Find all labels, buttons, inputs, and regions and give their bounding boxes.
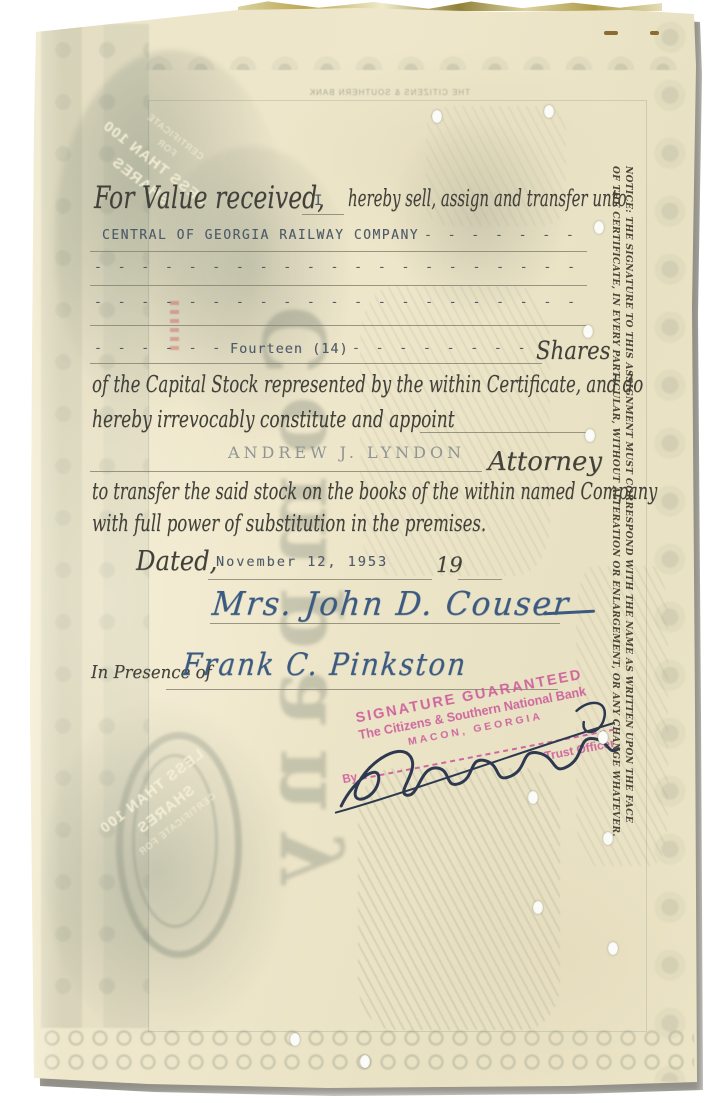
rule-blank-2: [90, 325, 587, 326]
ghost-corner-vignette-bottom: [44, 696, 294, 1046]
paper-speck: [604, 31, 618, 35]
seller-pronoun-typed: I: [314, 193, 322, 209]
dated-label: Dated,: [136, 546, 217, 577]
notice-line-1: NOTICE: THE SIGNATURE TO THIS ASSIGNMENT…: [622, 166, 635, 754]
punch-hole: [594, 221, 604, 234]
punch-hole: [432, 110, 442, 123]
line-constitute: hereby irrevocably constitute and appoin…: [92, 407, 455, 433]
punch-hole: [603, 832, 613, 845]
ghost-border-right: [646, 14, 694, 1082]
punch-hole: [544, 105, 554, 118]
notice-line-2: OF THE CERTIFICATE, IN EVERY PARTICULAR,…: [609, 166, 622, 754]
scanned-stock-certificate-back: CERTIFICATE FOR LESS THAN 100 SHARES LES…: [0, 0, 720, 1103]
rule-appoint: [420, 432, 588, 433]
punch-hole: [533, 901, 543, 914]
rule-pronoun: [302, 214, 344, 215]
ghost-oval-medallion-inner: [132, 754, 218, 928]
attorney-word: Attorney: [488, 447, 602, 477]
rule-year: [458, 579, 502, 580]
notice-vertical-text: NOTICE: THE SIGNATURE TO THIS ASSIGNMENT…: [609, 166, 634, 754]
punch-hole: [528, 791, 538, 804]
dated-value-typed: November 12, 1953: [216, 554, 388, 570]
ghost-train-vignette: [388, 116, 568, 316]
rule-assignee: [90, 251, 587, 252]
rule-attorney: [90, 471, 482, 472]
shares-lead-dashes: - - - - - - - - - -: [94, 341, 222, 358]
shares-amount-typed: Fourteen (14): [230, 341, 349, 357]
line-substitution: with full power of substitution in the p…: [92, 511, 486, 537]
opening-script-pre: For Value received,: [94, 180, 325, 216]
rule-shares: [90, 363, 542, 364]
punch-hole: [290, 1033, 300, 1046]
assignee-trailing-dashes: - - - - - - - - - - - - - - - -: [424, 228, 586, 245]
dash-row-2: - - - - - - - - - - - - - - - - - - - - …: [94, 295, 588, 312]
line-transfer: to transfer the said stock on the books …: [92, 479, 657, 505]
dash-row-1: - - - - - - - - - - - - - - - - - - - - …: [94, 260, 588, 277]
punch-hole: [360, 1055, 370, 1068]
punch-hole: [598, 731, 608, 744]
ghost-border-top: [138, 20, 690, 70]
shares-trail-dashes: - - - - - - - - - - - - -: [352, 341, 530, 358]
year-prefix: 19: [436, 553, 463, 577]
rule-holder-signature: [210, 623, 560, 624]
ghost-border-bottom: [40, 1026, 694, 1076]
shares-word: Shares: [536, 336, 611, 365]
holder-signature: Mrs. John D. Couser: [210, 584, 572, 623]
showthrough-layer: CERTIFICATE FOR LESS THAN 100 SHARES LES…: [28, 6, 698, 1088]
ghost-bank-stamp-text: THE CITIZENS & SOUTHERN BANK: [200, 88, 470, 97]
certificate-paper: CERTIFICATE FOR LESS THAN 100 SHARES LES…: [28, 6, 698, 1088]
paper-speck: [650, 31, 659, 35]
rule-blank-1: [90, 285, 587, 286]
line-capital-stock: of the Capital Stock represented by the …: [92, 372, 643, 398]
punch-hole: [585, 429, 595, 442]
opening-script-post: hereby sell, assign and transfer unto: [348, 186, 627, 212]
ghost-corner-label-top: CERTIFICATE FOR LESS THAN 100 SHARES: [54, 70, 257, 252]
rule-dated: [208, 579, 432, 580]
ghost-corner-label-bottom: LESS THAN 100 SHARES CERTIFICATE FOR: [62, 718, 265, 895]
attorney-name-stamped: ANDREW J. LYNDON: [228, 443, 465, 462]
witness-signature: Frank C. Pinkston: [181, 647, 469, 683]
ghost-oval-medallion: [116, 732, 242, 958]
punch-hole: [583, 325, 593, 338]
assignee-name-typed: CENTRAL OF GEORGIA RAILWAY COMPANY: [102, 228, 419, 243]
punch-hole: [608, 942, 618, 955]
